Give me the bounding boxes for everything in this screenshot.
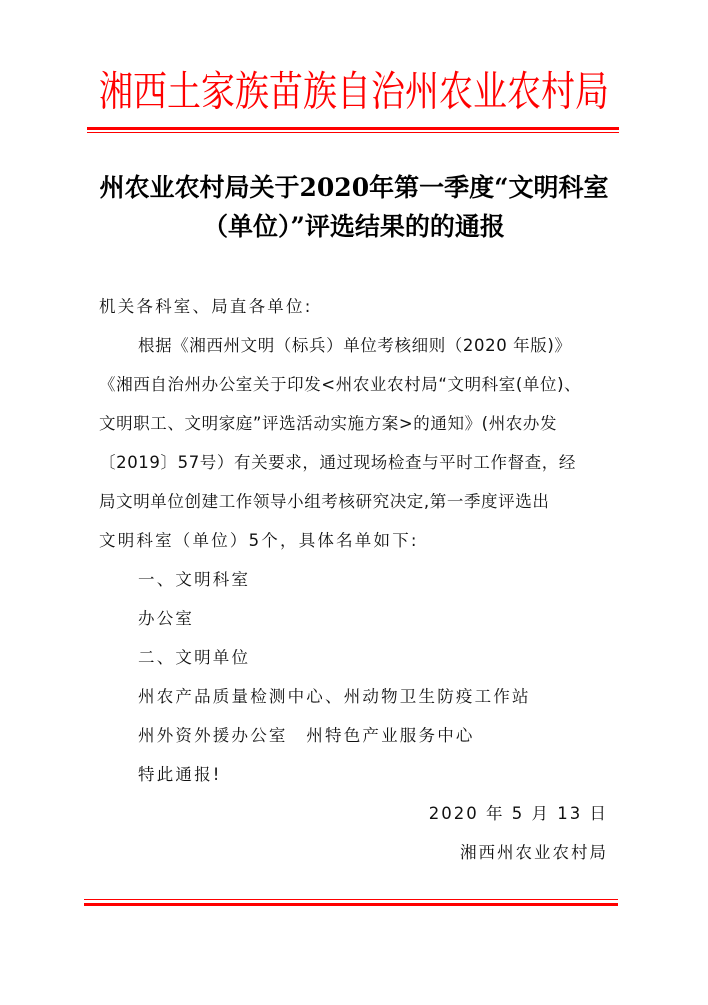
title-line-1: 州农业农村局关于2020年第一季度“文明科室 xyxy=(86,168,622,207)
section-1-heading: 一、文明科室 xyxy=(99,560,611,599)
footer-rule-thin xyxy=(84,899,618,900)
section-2-items-line-2: 州外资外援办公室 州特色产业服务中心 xyxy=(99,716,611,755)
issuer-name: 湘西州农业农村局 xyxy=(429,833,608,872)
title-line-2: （单位）”评选结果的的通报 xyxy=(86,207,622,246)
issue-date: 2020 年 5 月 13 日 xyxy=(429,794,608,833)
paragraph-line: 《湘西自治州办公室关于印发<州农业农村局“文明科室(单位)、 xyxy=(99,365,611,404)
salutation: 机关各科室、局直各单位: xyxy=(99,287,611,326)
section-2-heading: 二、文明单位 xyxy=(99,638,611,677)
letterhead-org-name: 湘西土家族苗族自治州农业农村局 xyxy=(99,60,609,123)
header-rule-thick xyxy=(87,127,619,130)
letterhead: 湘西土家族苗族自治州农业农村局 xyxy=(86,66,622,118)
closing-remark: 特此通报! xyxy=(99,755,611,794)
paragraph-line: 局文明单位创建工作领导小组考核研究决定,第一季度评选出 xyxy=(99,482,611,521)
paragraph-line: 〔2019〕57号）有关要求，通过现场检查与平时工作督查，经 xyxy=(99,443,611,482)
section-2-items-line-1: 州农产品质量检测中心、州动物卫生防疫工作站 xyxy=(99,677,611,716)
paragraph-line: 文明科室（单位）5个，具体名单如下: xyxy=(99,521,611,560)
document-body: 机关各科室、局直各单位: 根据《湘西州文明（标兵）单位考核细则（2020 年版)… xyxy=(99,287,611,794)
section-1-items: 办公室 xyxy=(99,599,611,638)
footer-rule-thick xyxy=(84,903,618,906)
signature-block: 2020 年 5 月 13 日 湘西州农业农村局 xyxy=(429,794,608,872)
paragraph-line: 文明职工、文明家庭”评选活动实施方案>的通知》(州农办发 xyxy=(99,404,611,443)
document-title: 州农业农村局关于2020年第一季度“文明科室 （单位）”评选结果的的通报 xyxy=(86,168,622,246)
document-page: 湘西土家族苗族自治州农业农村局 州农业农村局关于2020年第一季度“文明科室 （… xyxy=(0,0,708,1005)
header-rule-thin xyxy=(87,132,619,133)
paragraph-line: 根据《湘西州文明（标兵）单位考核细则（2020 年版)》 xyxy=(99,326,611,365)
